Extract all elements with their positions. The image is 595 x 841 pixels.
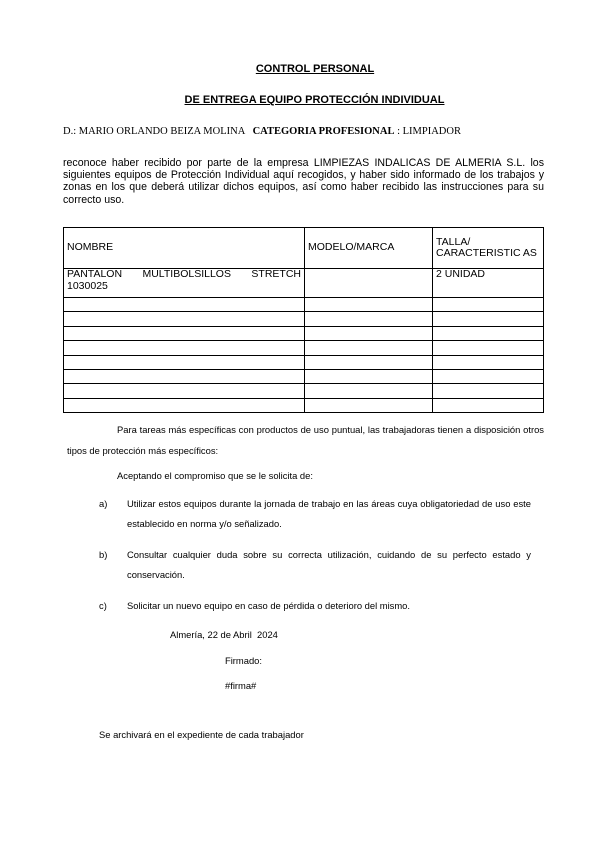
cell-nombre [64, 298, 305, 312]
table-row-empty [64, 398, 544, 412]
table-row-empty [64, 298, 544, 312]
cell-modelo [305, 341, 433, 355]
signature-field[interactable]: #firma# [225, 680, 256, 691]
signed-label: Firmado: [225, 655, 262, 666]
header-talla: TALLA/ CARACTERISTIC AS [433, 228, 544, 269]
item-text: Solicitar un nuevo equipo en caso de pér… [127, 596, 531, 616]
cell-talla [433, 384, 544, 398]
ppe-table: NOMBRE MODELO/MARCA TALLA/ CARACTERISTIC… [63, 227, 544, 413]
table-row-empty [64, 384, 544, 398]
document-title: CONTROL PERSONAL [0, 63, 595, 75]
para1-text: Para tareas más específicas con producto… [67, 424, 544, 456]
cell-talla [433, 369, 544, 383]
table-header-row: NOMBRE MODELO/MARCA TALLA/ CARACTERISTIC… [64, 228, 544, 269]
cell-nombre-line1: PANTALON MULTIBOLSILLOS STRETCH [67, 269, 301, 281]
category-separator: : [394, 126, 402, 137]
cell-modelo [305, 398, 433, 412]
worker-name: MARIO ORLANDO BEIZA MOLINA [79, 126, 245, 137]
cell-talla [433, 341, 544, 355]
cell-nombre [64, 312, 305, 326]
table-row-empty [64, 341, 544, 355]
cell-modelo [305, 298, 433, 312]
cell-modelo [305, 369, 433, 383]
category-label: CATEGORIA PROFESIONAL [253, 126, 395, 137]
specific-protection-paragraph: Para tareas más específicas con producto… [67, 419, 544, 461]
cell-talla [433, 312, 544, 326]
cell-modelo [305, 269, 433, 298]
item-text: Utilizar estos equipos durante la jornad… [127, 494, 531, 534]
table-row-empty [64, 369, 544, 383]
commitment-item-c: c) Solicitar un nuevo equipo en caso de … [99, 596, 531, 616]
cell-nombre [64, 398, 305, 412]
item-label: a) [99, 494, 107, 514]
empty-rows [64, 298, 544, 413]
worker-prefix: D.: [63, 126, 79, 137]
cell-nombre [64, 341, 305, 355]
table-row-empty [64, 355, 544, 369]
commitment-item-b: b) Consultar cualquier duda sobre su cor… [99, 545, 531, 585]
cell-talla [433, 298, 544, 312]
worker-info: D.: MARIO ORLANDO BEIZA MOLINA CATEGORIA… [63, 126, 461, 137]
item-label: c) [99, 596, 107, 616]
cell-nombre [64, 369, 305, 383]
cell-nombre-line2: 1030025 [67, 281, 301, 293]
header-modelo: MODELO/MARCA [305, 228, 433, 269]
cell-modelo [305, 384, 433, 398]
cell-modelo [305, 326, 433, 340]
place-date: Almería, 22 de Abril 2024 [170, 629, 278, 640]
table-row-empty [64, 326, 544, 340]
document-subtitle: DE ENTREGA EQUIPO PROTECCIÓN INDIVIDUAL [0, 94, 595, 106]
cell-nombre: PANTALON MULTIBOLSILLOS STRETCH1030025 [64, 269, 305, 298]
table-row: PANTALON MULTIBOLSILLOS STRETCH1030025 2… [64, 269, 544, 298]
cell-talla [433, 355, 544, 369]
cell-modelo [305, 312, 433, 326]
cell-talla [433, 398, 544, 412]
header-nombre: NOMBRE [64, 228, 305, 269]
cell-modelo [305, 355, 433, 369]
category-value: LIMPIADOR [403, 126, 461, 137]
cell-nombre [64, 355, 305, 369]
archive-note: Se archivará en el expediente de cada tr… [99, 729, 304, 740]
commitment-intro: Aceptando el compromiso que se le solici… [117, 470, 313, 481]
item-text: Consultar cualquier duda sobre su correc… [127, 545, 531, 585]
cell-talla [433, 326, 544, 340]
cell-nombre [64, 384, 305, 398]
intro-paragraph: reconoce haber recibido por parte de la … [63, 157, 544, 206]
cell-nombre [64, 326, 305, 340]
commitment-item-a: a) Utilizar estos equipos durante la jor… [99, 494, 531, 534]
cell-talla: 2 UNIDAD [433, 269, 544, 298]
item-label: b) [99, 545, 107, 565]
table-row-empty [64, 312, 544, 326]
